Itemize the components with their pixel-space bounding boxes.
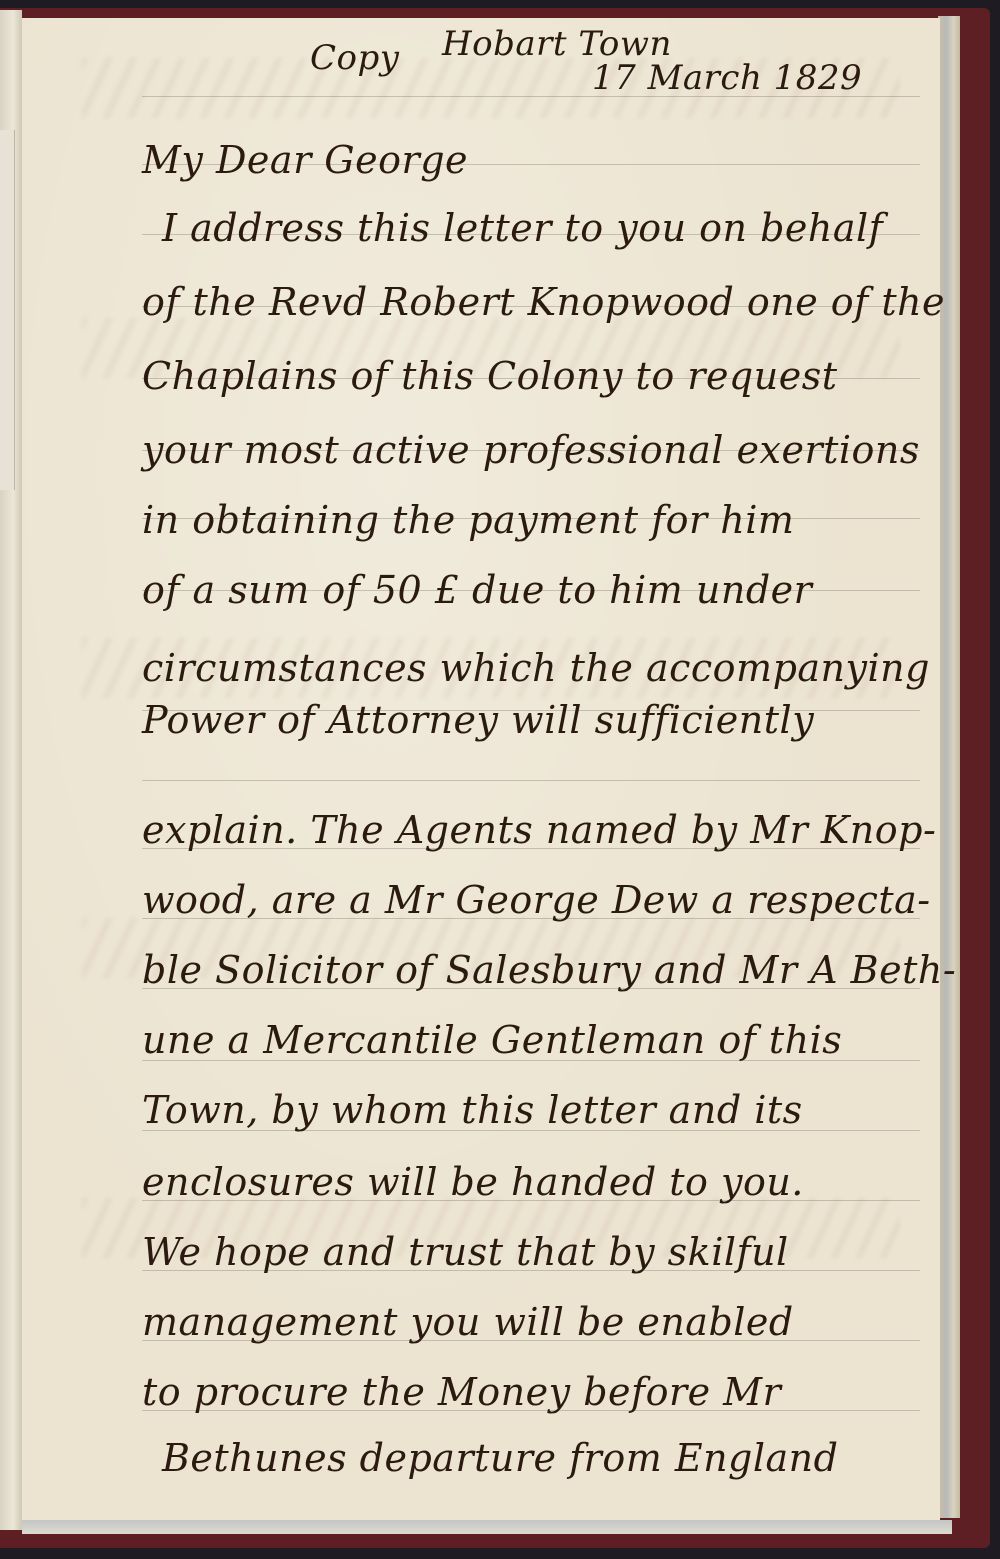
- letter-line: management you will be enabled: [142, 1300, 794, 1344]
- left-page-leaves: [0, 10, 22, 1530]
- letter-line: We hope and trust that by skilful: [142, 1230, 789, 1274]
- letter-line: to procure the Money before Mr: [142, 1370, 781, 1414]
- manuscript-page: Copy Hobart Town 17 March 1829 My Dear G…: [22, 18, 940, 1520]
- letter-line: in obtaining the payment for him: [142, 498, 794, 542]
- letter-line: your most active professional exertions: [142, 428, 920, 472]
- letter-line: of the Revd Robert Knopwood one of the: [142, 280, 945, 324]
- letter-date: 17 March 1829: [592, 58, 862, 98]
- page-edge-bottom: [22, 1520, 952, 1534]
- letter-line: of a sum of 50 £ due to him under: [142, 568, 812, 612]
- letter-line: Power of Attorney will sufficiently: [142, 698, 814, 742]
- letter-line: circumstances which the accompanying: [142, 646, 930, 690]
- letter-line: Bethunes departure from England: [162, 1436, 838, 1480]
- letter-line: enclosures will be handed to you.: [142, 1160, 804, 1204]
- letter-line: Town, by whom this letter and its: [142, 1088, 803, 1132]
- salutation: My Dear George: [142, 138, 468, 182]
- page-edge-right: [938, 16, 960, 1518]
- letter-line: explain. The Agents named by Mr Knop-: [142, 808, 936, 852]
- letter-line: ble Solicitor of Salesbury and Mr A Beth…: [142, 948, 956, 992]
- left-leaf-strip: [0, 130, 15, 490]
- ruled-line: [142, 780, 920, 781]
- copy-annotation: Copy: [310, 38, 399, 78]
- letter-line: une a Mercantile Gentleman of this: [142, 1018, 842, 1062]
- letter-line: wood, are a Mr George Dew a respecta-: [142, 878, 931, 922]
- letter-line: I address this letter to you on behalf: [162, 206, 883, 250]
- letter-line: Chaplains of this Colony to request: [142, 354, 838, 398]
